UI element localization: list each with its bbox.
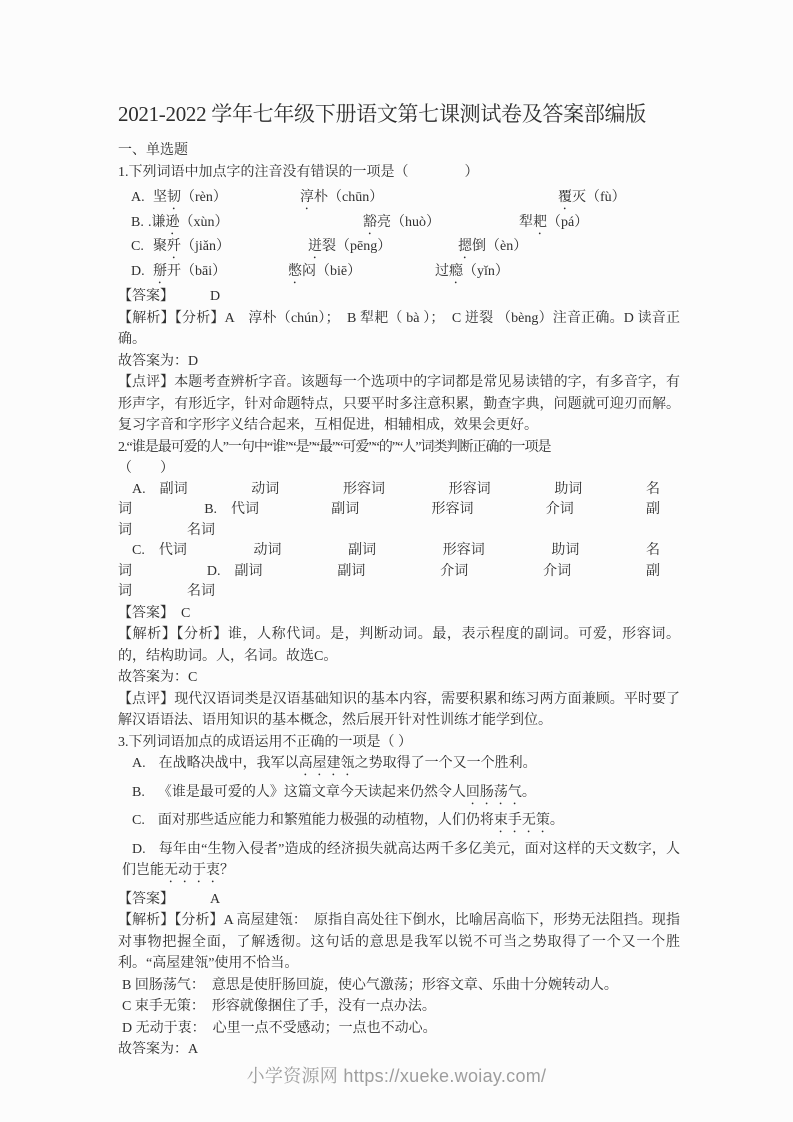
q1-option-c-word-2: 迸裂（pēng）: [308, 236, 391, 262]
q3-option-d-label: D.: [132, 842, 159, 857]
q1-answer-line: 【答案】D: [118, 286, 680, 308]
q2-word: D. 副词: [207, 562, 263, 583]
q2-word: 词: [118, 562, 132, 583]
q2-word: 词: [118, 500, 132, 521]
q2-word: 介词: [543, 562, 571, 583]
q3-answer-line: 【答案】A: [118, 889, 680, 911]
q1-option-b-word-3: 犁耙（pá）: [519, 212, 588, 238]
q3-option-a: A.在战略决战中，我军以高屋建瓴之势取得了一个又一个胜利。: [118, 753, 680, 779]
q2-word: 副词: [337, 562, 365, 583]
q2-word: 词: [118, 523, 132, 538]
q2-word: A. 副词: [132, 480, 188, 501]
q2-stem-line2: （ ）: [118, 458, 680, 480]
q1-comment: 【点评】本题考查辨析字音。该题每一个选项中的字词都是常见易读错的字，有多音字，有…: [118, 372, 680, 437]
q2-word: B. 代词: [204, 500, 259, 521]
page-content: 2021-2022 学年七年级下册语文第七课测试卷及答案部编版 一、单选题 1.…: [118, 0, 680, 1061]
q1-option-a-label: A.: [131, 187, 145, 209]
q1-stem: 1.下列词语中加点字的注音没有错误的一项是（ ）: [118, 162, 680, 184]
q1-answer-value: D: [210, 289, 220, 304]
q2-analysis: 【解析】【分析】谁，人称代词。是，判断动词。最，表示程度的副词。可爱，形容词。的…: [118, 624, 680, 667]
q2-word: 副: [646, 500, 660, 521]
q3-option-a-label: A.: [132, 756, 159, 771]
q3-option-b-label: B.: [132, 785, 158, 800]
q3-conclusion: 故答案为：A: [118, 1039, 680, 1061]
q1-answer-label: 【答案】: [118, 289, 174, 304]
q1-option-b-label: B.: [131, 212, 144, 234]
footer-watermark: 小学资源网 https://xueke.woiay.com/: [0, 1062, 793, 1088]
q3-stem: 3.下列词语加点的成语运用不正确的一项是（ ）: [118, 732, 680, 754]
q1-option-d-word-3: 过瘾（yǐn）: [435, 261, 509, 287]
q2-word: 词: [118, 584, 132, 599]
q1-option-a-word-1: 坚韧（rèn）: [153, 187, 227, 213]
q1-analysis: 【解析】【分析】A 淳朴（chún）； B 犁耙（ bà ）； C 迸裂 （bè…: [118, 308, 680, 351]
q1-option-d-word-1: 掰开（bāi）: [153, 261, 226, 287]
q2-grid-line-5: 词D. 副词副词介词介词副: [118, 562, 680, 583]
q2-answer-line: 【答案】C: [118, 603, 680, 625]
q2-grid-line-3: 词名词: [118, 521, 680, 542]
q1-option-b-word-1: .谦逊（xùn）: [148, 212, 229, 238]
q1-option-a-word-3: 覆灭（fù）: [558, 187, 626, 213]
q2-word: 动词: [253, 541, 281, 562]
q2-answer-value: C: [181, 606, 190, 621]
q2-word: 副词: [331, 500, 359, 521]
q2-grid-line-2: 词B. 代词副词形容词介词副: [118, 500, 680, 521]
q2-word: 名: [646, 480, 660, 501]
q2-word: 形容词: [449, 480, 491, 501]
q3-analysis-d: D 无动于衷： 心里一点不受感动；一点也不动心。: [118, 1018, 680, 1040]
q3-analysis-c: C 束手无策： 形容就像捆住了手，没有一点办法。: [118, 996, 680, 1018]
q1-option-a: A. 坚韧（rèn） 淳朴（chūn） 覆灭（fù）: [118, 187, 680, 212]
q3-analysis-a: 【解析】【分析】A 高屋建瓴： 原指自高处往下倒水，比喻居高临下，形势无法阻挡。…: [118, 910, 680, 975]
q1-option-d: D. 掰开（bāi） 憋闷（biē） 过瘾（yǐn）: [118, 261, 680, 286]
page-title: 2021-2022 学年七年级下册语文第七课测试卷及答案部编版: [118, 101, 680, 128]
q2-word: 助词: [551, 541, 579, 562]
q3-analysis-b: B 回肠荡气： 意思是使肝肠回旋，使心气激荡；形容文章、乐曲十分婉转动人。: [118, 975, 680, 997]
q3-answer-label: 【答案】: [118, 892, 174, 907]
footer-site-text: 小学资源网 https://xueke.woiay.com/: [247, 1066, 547, 1086]
q3-option-d: D.每年由“生物入侵者”造成的经济损失就高达两千多亿美元，面对这样的天文数字，人…: [118, 839, 680, 887]
q1-option-c-word-1: 聚歼（jiǎn）: [153, 236, 230, 262]
q1-option-c-label: C.: [131, 236, 144, 258]
q2-word: 形容词: [343, 480, 385, 501]
q2-comment: 【点评】现代汉语词类是汉语基础知识的基本内容，需要积累和练习两方面兼顾。平时要了…: [118, 689, 680, 732]
q2-word: 介词: [546, 500, 574, 521]
q2-word: 名词: [187, 584, 215, 599]
test-paper-page: 2021-2022 学年七年级下册语文第七课测试卷及答案部编版 一、单选题 1.…: [0, 0, 793, 1122]
q2-word: 副: [646, 562, 660, 583]
q2-word: 介词: [440, 562, 468, 583]
q3-option-b: B.《谁是最可爱的人》这篇文章今天读起来仍然令人回肠荡气。: [118, 782, 680, 808]
q1-options: A. 坚韧（rèn） 淳朴（chūn） 覆灭（fù） B. .谦逊（xùn） 豁…: [118, 187, 680, 286]
q2-stem-line1: 2.“谁是最可爱的人”一句中“谁”“是”“最”“可爱”“的”“人”词类判断正确的…: [118, 437, 680, 459]
q1-option-c: C. 聚歼（jiǎn） 迸裂（pēng） 摁倒（èn）: [118, 236, 680, 261]
q2-word: C. 代词: [132, 541, 187, 562]
section-heading: 一、单选题: [118, 140, 680, 162]
q2-word: 助词: [554, 480, 582, 501]
q2-grid-line-6: 词名词: [118, 582, 680, 603]
q2-word: 名: [646, 541, 660, 562]
q2-word: 形容词: [432, 500, 474, 521]
q2-answer-label: 【答案】: [118, 606, 174, 621]
q2-grid-line-1: A. 副词动词形容词形容词助词名: [118, 480, 680, 501]
q1-option-c-word-3: 摁倒（èn）: [458, 236, 527, 262]
q3-answer-value: A: [210, 892, 220, 907]
q3-option-c-label: C.: [132, 813, 158, 828]
q2-conclusion: 故答案为：C: [118, 667, 680, 689]
q1-option-d-label: D.: [131, 261, 145, 283]
q1-option-d-word-2: 憋闷（biē）: [288, 261, 361, 287]
q1-option-b-word-2: 豁亮（huò）: [363, 212, 440, 238]
q2-options-grid: A. 副词动词形容词形容词助词名 词B. 代词副词形容词介词副 词名词 C. 代…: [118, 480, 680, 603]
q1-conclusion: 故答案为：D: [118, 351, 680, 373]
q2-word: 名词: [187, 523, 215, 538]
q2-word: 动词: [251, 480, 279, 501]
q3-option-c: C.面对那些适应能力和繁殖能力极强的动植物，人们仍将束手无策。: [118, 810, 680, 836]
q1-option-a-word-2: 淳朴（chūn）: [300, 187, 383, 213]
q2-word: 副词: [348, 541, 376, 562]
q1-option-b: B. .谦逊（xùn） 豁亮（huò） 犁耙（pá）: [118, 212, 680, 237]
q2-word: 形容词: [443, 541, 485, 562]
q2-grid-line-4: C. 代词动词副词形容词助词名: [118, 541, 680, 562]
